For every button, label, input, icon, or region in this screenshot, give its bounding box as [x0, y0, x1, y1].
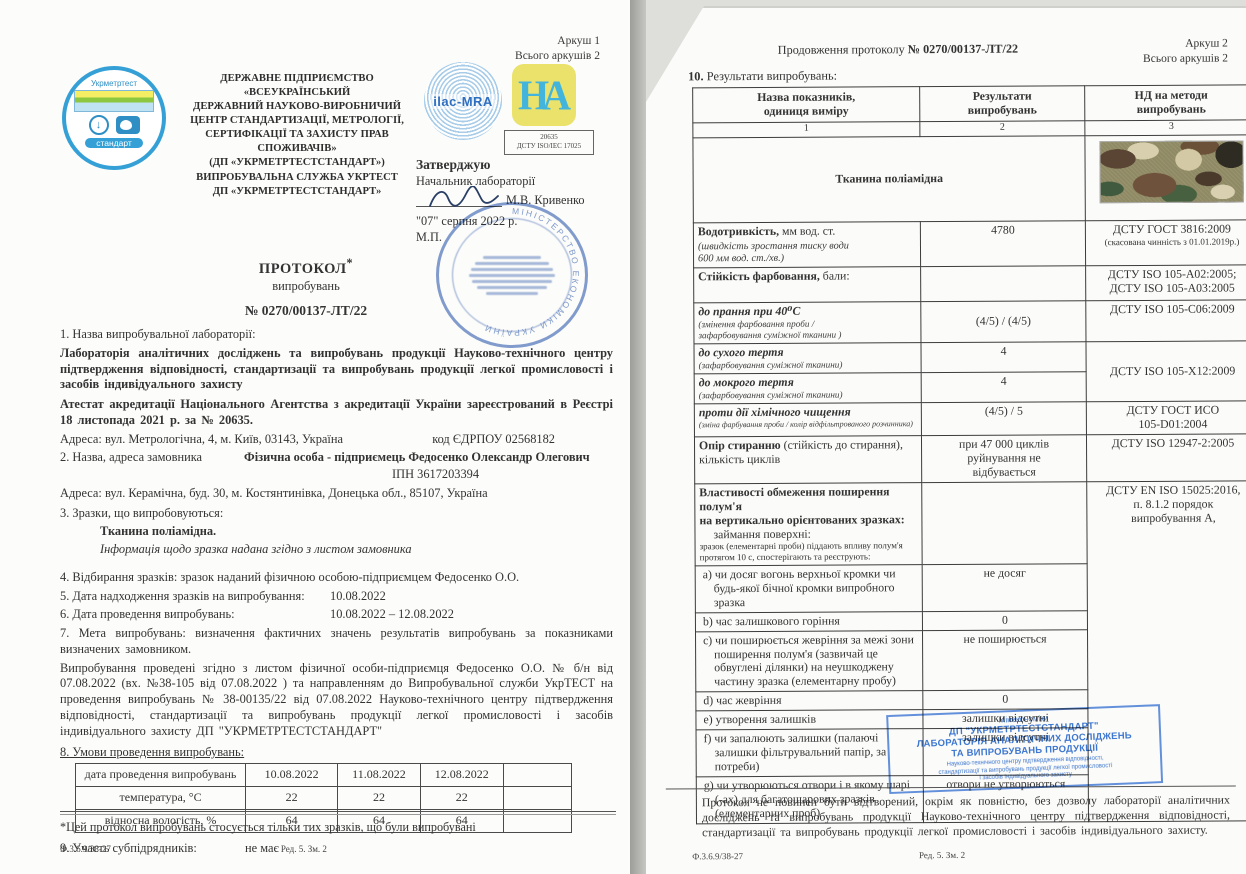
sheet-total: Всього аркушів 2: [515, 49, 600, 64]
laboratory-address: Адреса: вул. Метрологічна, 4, м. Київ, 0…: [60, 432, 343, 448]
approval-title: Затверджую: [416, 156, 628, 174]
sheet-total: Всього аркушів 2: [1143, 51, 1228, 66]
customer-name: Фізична особа - підприємець Федосенко Ол…: [244, 450, 590, 466]
protocol-page-1: Аркуш 1 Всього аркушів 2 Укрметртест ↓ с…: [0, 0, 630, 874]
ukrmetrtest-logo: Укрметртест ↓ стандарт: [62, 66, 166, 170]
flame-item-c: c) чи поширюється жевріння за межі зони …: [695, 630, 922, 692]
accreditation-number-box: 20635 ДСТУ ISO/IEC 17025: [504, 130, 594, 155]
section-5-label: 5. Дата надходження зразків на випробува…: [60, 589, 330, 605]
result-value: 4: [921, 342, 1086, 373]
ilac-mra-logo: ilac-MRA: [424, 62, 502, 140]
ilac-mra-label: ilac-MRA: [431, 94, 495, 109]
metrology-icon: ↓: [89, 115, 109, 135]
empty-cell: [503, 787, 571, 810]
section-8-heading: 8. Умови проведення випробувань:: [60, 745, 613, 761]
method-reference: ДСТУ ISO 105-Х12:2009: [1086, 341, 1246, 402]
standart-label: стандарт: [85, 138, 143, 148]
laboratory-name: Лабораторія аналітичних досліджень та ви…: [60, 346, 613, 393]
naau-letters: НА: [518, 70, 570, 119]
protocol-title: ПРОТОКОЛ*: [60, 256, 552, 278]
continuation-header: Продовження протоколу № 0270/00137-ЛТ/22: [644, 41, 1152, 59]
condition-label: температура, °С: [76, 787, 246, 810]
reproduction-notice: Протокол не повинен бути відтворений, ок…: [702, 793, 1230, 841]
indicator-note: зразок (елементарні проби) піддають впли…: [700, 541, 918, 564]
testing-dates: 10.08.2022 – 12.08.2022: [330, 607, 454, 623]
sheet-number: Аркуш 1: [515, 34, 600, 49]
accreditation-certificate: Атестат акредитації Національного Агентс…: [60, 397, 613, 429]
section-7-text: 7. Мета випробувань: визначення фактични…: [60, 626, 613, 658]
method-reference: ДСТУ ГОСТ ИСО 105-D01:2004: [1086, 401, 1246, 435]
result-value: (4/5) / 5: [921, 402, 1086, 436]
empty-cell: [503, 764, 571, 787]
indicator-flame-spread: Властивості обмеження поширення полум'я …: [695, 482, 922, 565]
sample-row: Тканина поліамідна: [693, 135, 1246, 223]
form-code: Ф.3.6.9/38-27: [60, 844, 111, 854]
sheet-counter: Аркуш 1 Всього аркушів 2: [515, 34, 600, 64]
indicator-color-fastness: Стійкість фарбовання, бали:: [694, 267, 921, 303]
indicator-note: (зміна фарбування проби / колір відфільт…: [699, 419, 917, 430]
indicator-note: (зафарбовування суміжної тканини): [699, 389, 917, 401]
condition-value: 11.08.2022: [338, 764, 421, 787]
column-number: 3: [1085, 120, 1246, 136]
edrpou-code: код ЄДРПОУ 02568182: [432, 432, 555, 448]
page1-footer: *Цей протокол випробувань стосується тіл…: [60, 811, 616, 854]
ukrmetrtest-logo-text: Укрметртест: [66, 79, 162, 88]
flame-item-a: a) чи досяг вогонь верхньої кромки чи бу…: [695, 565, 922, 613]
footnote-marker: *: [347, 256, 354, 270]
flame-item-d: d) час жевріння: [696, 691, 923, 711]
condition-value: 22: [420, 787, 503, 810]
indicator-note: (швидкість зростання тиску води 600 мм в…: [698, 240, 916, 266]
method-reference: ДСТУ ISO 12947-2:2005: [1086, 434, 1246, 482]
revision-code: Ред. 5. Зм. 2: [919, 850, 965, 860]
result-value: [921, 266, 1086, 302]
section-1-heading: 1. Назва випробувальної лабораторії:: [60, 327, 613, 343]
footer-divider: [60, 811, 616, 815]
sample-name: Тканина поліамідна.: [60, 524, 613, 540]
revision-code: Ред. 5. Зм. 2: [281, 844, 327, 854]
table-row: Властивості обмеження поширення полум'я …: [695, 481, 1246, 566]
method-reference: ДСТУ ISO 105-А02:2005; ДСТУ ISO 105-А03:…: [1086, 265, 1246, 301]
table-row: Стійкість фарбовання, бали: ДСТУ ISO 105…: [694, 265, 1246, 303]
section-2-heading: 2. Назва, адреса замовника: [60, 450, 202, 466]
result-value: при 47 000 циклів руйнування не відбуває…: [921, 435, 1086, 483]
section-4-text: 4. Відбирання зразків: зразок наданий фі…: [60, 570, 613, 586]
table-row: до сухого тертя (зафарбовування суміжної…: [694, 341, 1246, 374]
result-value: [922, 482, 1087, 565]
result-value: (4/5) / (4/5): [921, 301, 1086, 343]
result-value: 0: [922, 610, 1087, 630]
method-reference: ДСТУ ГОСТ 3816:2009 (скасована чинність …: [1085, 220, 1246, 266]
organization-name: ДЕРЖАВНЕ ПІДПРИЄМСТВО «ВСЕУКРАЇНСЬКИЙ ДЕ…: [168, 72, 426, 199]
column-header-results: Результати випробувань: [920, 86, 1085, 122]
condition-value: 22: [338, 787, 421, 810]
scan-page-gap: [630, 0, 646, 874]
indicator-water-resistance: Водотривкість, мм вод. ст. (швидкість зр…: [693, 221, 920, 268]
method-reference: ДСТУ ISO 105-С06:2009: [1086, 300, 1246, 342]
indicator-note: (зафарбовування суміжної тканини): [699, 359, 917, 371]
column-header-indicators: Назва показників, одиниця виміру: [693, 87, 920, 123]
continuation-protocol-number: № 0270/00137-ЛТ/22: [908, 42, 1018, 57]
column-number: 2: [920, 121, 1085, 137]
indicator-washing: до прання при 40⁰С (змінення фарбовання …: [694, 302, 921, 344]
condition-value: 10.08.2022: [246, 764, 338, 787]
protocol-subtitle: випробувань: [60, 279, 552, 294]
table-row: до прання при 40⁰С (змінення фарбовання …: [694, 300, 1246, 344]
result-value: не поширюється: [922, 629, 1087, 690]
ukrmetrtest-logo-stripes: [74, 90, 154, 112]
result-value: 4780: [920, 221, 1085, 267]
section-3-heading: 3. Зразки, що випробовуються:: [60, 506, 613, 522]
sample-name: Тканина поліамідна: [693, 136, 1085, 223]
protocol-number: № 0270/00137-ЛТ/22: [60, 303, 552, 319]
indicator-abrasion: Опір стиранню (стійкість до стирання), к…: [694, 436, 921, 484]
condition-value: 22: [246, 787, 338, 810]
method-note: (скасована чинність з 01.01.2019р.): [1090, 236, 1246, 248]
footnote-text: *Цей протокол випробувань стосується тіл…: [60, 820, 616, 835]
table-header-row: Назва показників, одиниця виміру Результ…: [693, 85, 1246, 123]
table-row: дата проведення випробувань 10.08.2022 1…: [76, 764, 572, 787]
indicator-subline: займання поверхні:: [699, 527, 917, 542]
table-row: температура, °С 22 22 22: [76, 787, 572, 810]
protocol-page-2: Продовження протоколу № 0270/00137-ЛТ/22…: [646, 6, 1246, 874]
sheet-number: Аркуш 2: [1143, 37, 1228, 52]
section-10-heading: 10. Результати випробувань:: [688, 69, 837, 85]
result-value: 0: [923, 690, 1088, 710]
continuation-label: Продовження протоколу: [778, 42, 905, 57]
customer-address: Адреса: вул. Керамічна, буд. 30, м. Кост…: [60, 486, 613, 502]
accreditation-standard: ДСТУ ISO/IEC 17025: [505, 142, 593, 151]
condition-value: 12.08.2022: [420, 764, 503, 787]
fabric-sample-photo: [1099, 140, 1243, 203]
indicator-wet-rubbing: до мокрого тертя (зафарбовування суміжно…: [694, 373, 921, 404]
form-code: Ф.3.6.9/38-27: [692, 851, 743, 861]
column-header-methods: НД на методи випробувань: [1085, 85, 1246, 121]
accreditation-number: 20635: [505, 133, 593, 142]
sample-photo-cell: [1085, 135, 1246, 221]
sheet-counter: Аркуш 2 Всього аркушів 2: [1143, 37, 1228, 67]
sample-note: Інформація щодо зразка надана згідно з л…: [60, 542, 613, 558]
customer-ipn: ІПН 3617203394: [60, 467, 613, 483]
protocol-title-block: ПРОТОКОЛ* випробувань № 0270/00137-ЛТ/22: [60, 256, 552, 319]
indicator-note: (змінення фарбовання проби / зафарбовува…: [698, 318, 916, 341]
indicator-dry-rubbing: до сухого тертя (зафарбовування суміжної…: [694, 343, 921, 374]
indicator-dry-cleaning: проти дії хімічного чищення (зміна фарбу…: [694, 403, 921, 437]
table-row: Водотривкість, мм вод. ст. (швидкість зр…: [693, 220, 1246, 269]
protocol-body: 1. Назва випробувальної лабораторії: Лаб…: [60, 327, 613, 857]
eye-icon: [116, 116, 140, 134]
result-value: не досяг: [922, 564, 1087, 612]
testing-basis-paragraph: Випробування проведені згідно з листом ф…: [60, 661, 613, 740]
naau-accreditation-logo: НА: [512, 64, 576, 126]
table-row: проти дії хімічного чищення (зміна фарбу…: [694, 401, 1246, 437]
section-6-label: 6. Дата проведення випробувань:: [60, 607, 330, 623]
column-number: 1: [693, 121, 920, 137]
laboratory-rectangular-stamp: Мінекономіки ДП "УКРМЕТРТЕСТСТАНДАРТ" ЛА…: [886, 704, 1163, 793]
result-value: 4: [921, 372, 1086, 403]
table-row: Опір стиранню (стійкість до стирання), к…: [694, 434, 1246, 484]
flame-item-b: b) час залишкового горіння: [695, 611, 922, 631]
receipt-date: 10.08.2022: [330, 589, 386, 605]
condition-label: дата проведення випробувань: [76, 764, 246, 787]
